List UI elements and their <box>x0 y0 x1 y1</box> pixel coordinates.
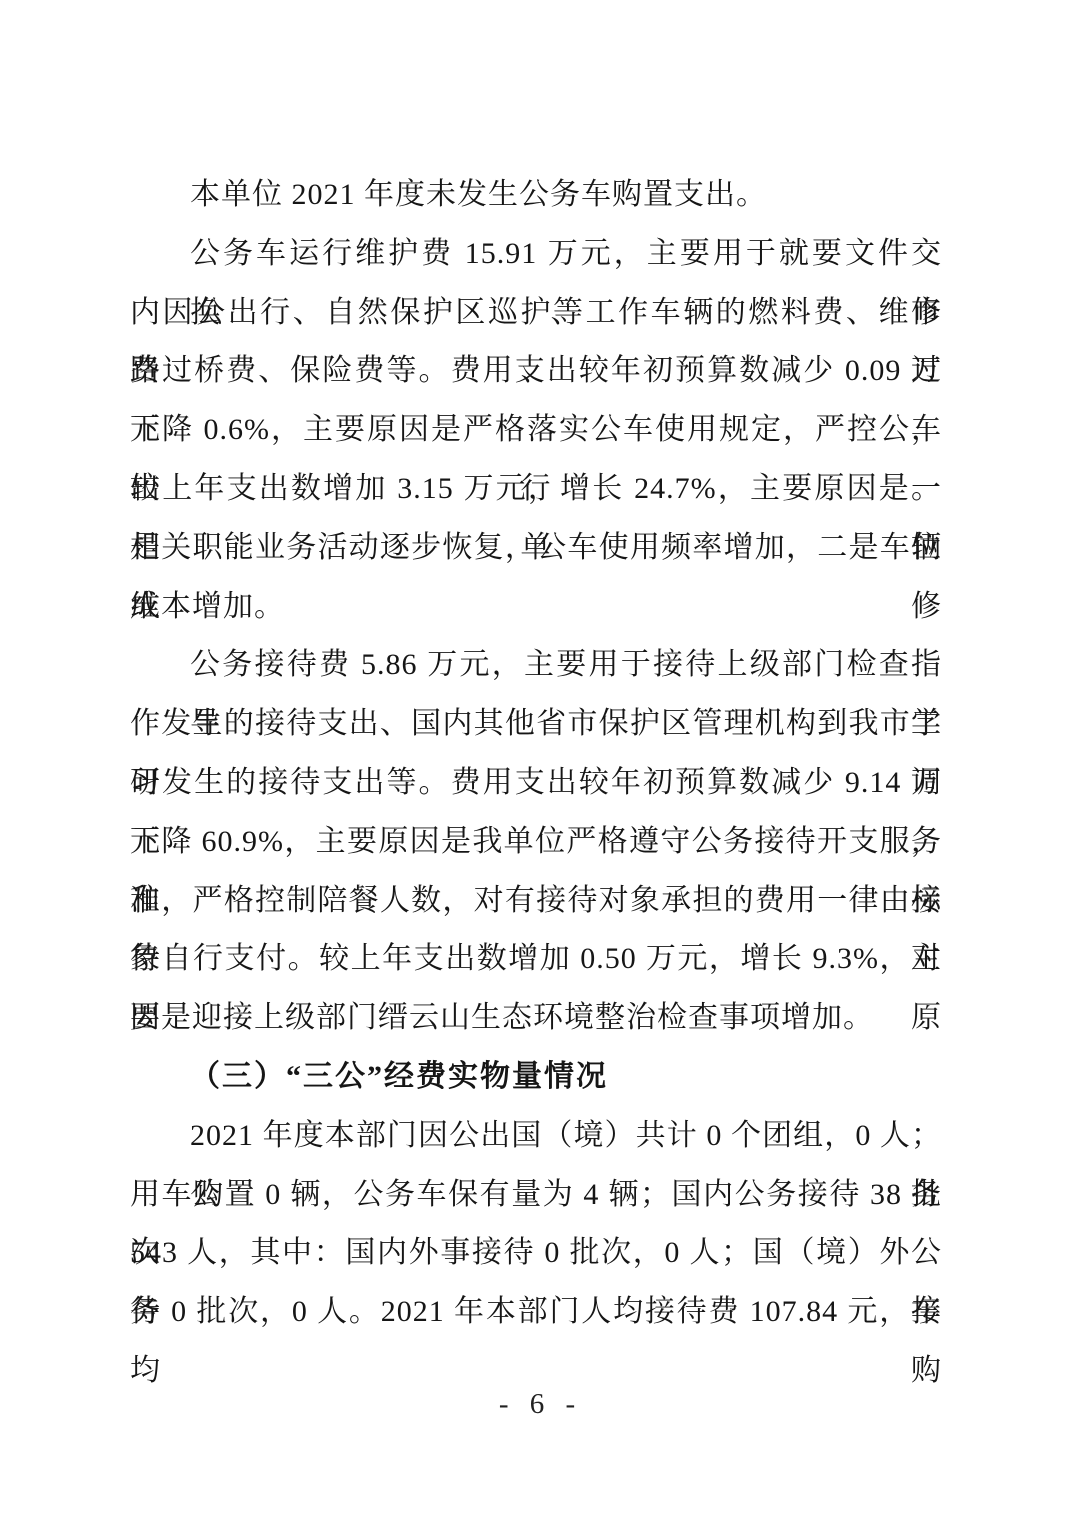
text-line: 内因公出行、自然保护区巡护等工作车辆的燃料费、维修费、过 <box>130 284 942 343</box>
text-line: 象自行支付。较上年支出数增加 0.50 万元，增长 9.3%，主要原 <box>130 930 942 989</box>
text-line: 用车购置 0 辆，公务车保有量为 4 辆；国内公务接待 38 批次 <box>130 1166 942 1225</box>
text-line: 2021 年度本部门因公出国（境）共计 0 个团组，0 人；公务 <box>130 1107 942 1166</box>
text-line: 较上年支出数增加 3.15 万元，增长 24.7%，主要原因是一是单位 <box>130 460 942 519</box>
document-body: 本单位 2021 年度未发生公务车购置支出。 公务车运行维护费 15.91 万元… <box>130 166 942 1342</box>
text-line: 本单位 2021 年度未发生公务车购置支出。 <box>130 166 942 225</box>
text-line: 因是迎接上级部门缙云山生态环境整治检查事项增加。 <box>130 989 942 1048</box>
text-line: 作发生的接待支出、国内其他省市保护区管理机构到我市学习调 <box>130 695 942 754</box>
page-number: - 6 - <box>0 1388 1074 1421</box>
text-line: 下降 60.9%，主要原因是我单位严格遵守公务接待开支服务和标 <box>130 813 942 872</box>
text-line: 研发生的接待支出等。费用支出较年初预算数减少 9.14 万元， <box>130 754 942 813</box>
text-line: 543 人，其中：国内外事接待 0 批次，0 人；国（境）外公务接 <box>130 1224 942 1283</box>
text-line: 公务接待费 5.86 万元，主要用于接待上级部门检查指导工 <box>130 636 942 695</box>
text-line: 路过桥费、保险费等。费用支出较年初预算数减少 0.09 万元， <box>130 342 942 401</box>
text-line: 公务车运行维护费 15.91 万元，主要用于就要文件交换、市 <box>130 225 942 284</box>
text-line: 待 0 批次，0 人。2021 年本部门人均接待费 107.84 元，车均购 <box>130 1283 942 1342</box>
section-heading: （三）“三公”经费实物量情况 <box>130 1048 942 1107</box>
document-page: 本单位 2021 年度未发生公务车购置支出。 公务车运行维护费 15.91 万元… <box>0 0 1074 1520</box>
text-line: 下降 0.6%，主要原因是严格落实公车使用规定，严控公车出行。 <box>130 401 942 460</box>
text-line: 相关职能业务活动逐步恢复，公车使用频率增加，二是车辆维修 <box>130 519 942 578</box>
text-line: 准，严格控制陪餐人数，对有接待对象承担的费用一律由接待对 <box>130 872 942 931</box>
